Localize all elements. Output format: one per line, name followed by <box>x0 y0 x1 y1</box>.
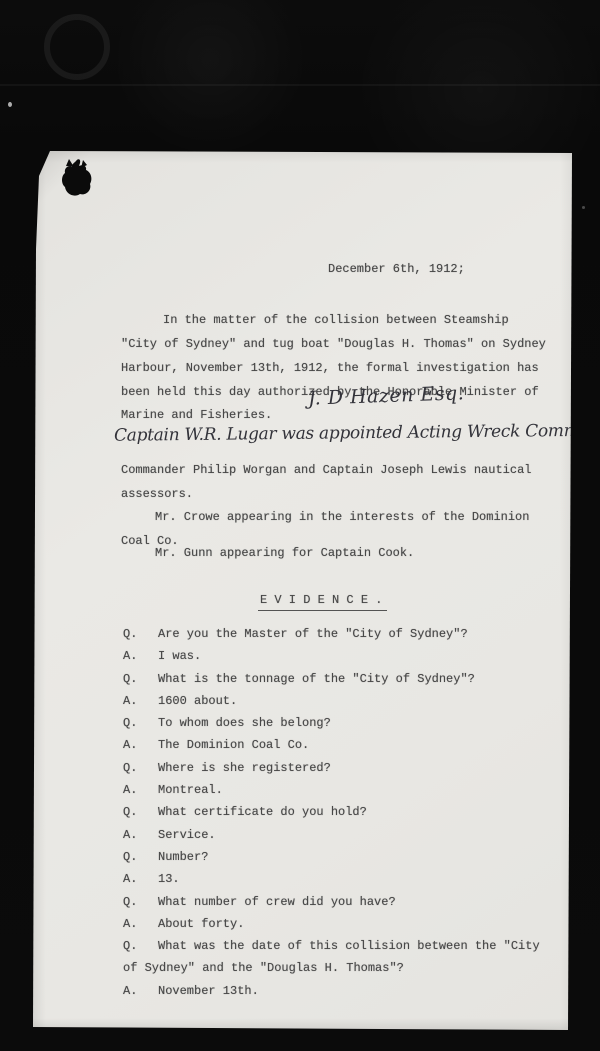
qa-text: of Sydney" and the "Douglas H. Thomas"? <box>123 961 404 975</box>
qa-label: Q. <box>123 801 158 823</box>
qa-label: A. <box>123 690 158 712</box>
qa-row: Q.Where is she registered? <box>123 757 573 779</box>
qa-row: Q.Number? <box>123 846 573 868</box>
qa-text: What certificate do you hold? <box>158 805 367 819</box>
qa-text: Service. <box>158 828 216 842</box>
qa-row: Q.Are you the Master of the "City of Syd… <box>123 623 573 645</box>
qa-row: Q.What is the tonnage of the "City of Sy… <box>123 668 573 690</box>
crowe-line: Mr. Crowe appearing in the interests of … <box>155 510 529 524</box>
dust-speck <box>8 102 12 107</box>
qa-text: What number of crew did you have? <box>158 895 396 909</box>
qa-row: A.Montreal. <box>123 779 573 801</box>
qa-row-continuation: of Sydney" and the "Douglas H. Thomas"? <box>123 957 573 979</box>
qa-row: A.Service. <box>123 824 573 846</box>
qa-label: Q. <box>123 935 158 957</box>
qa-row: Q.To whom does she belong? <box>123 712 573 734</box>
qa-label: A. <box>123 980 158 1002</box>
qa-row: A.13. <box>123 868 573 890</box>
assessors-line: assessors. <box>121 487 193 501</box>
evidence-qa-list: Q.Are you the Master of the "City of Syd… <box>123 623 573 1002</box>
qa-text: Number? <box>158 850 208 864</box>
assessors-line: Commander Philip Worgan and Captain Jose… <box>121 463 531 477</box>
qa-text: The Dominion Coal Co. <box>158 738 309 752</box>
qa-row: Q.What number of crew did you have? <box>123 891 573 913</box>
dust-speck <box>582 206 585 209</box>
handwritten-annotation: Captain W.R. Lugar was appointed Acting … <box>114 420 600 446</box>
reel-ring-mark <box>44 14 110 80</box>
intro-line: Harbour, November 13th, 1912, the formal… <box>121 361 539 375</box>
qa-label: Q. <box>123 623 158 645</box>
qa-label: Q. <box>123 668 158 690</box>
qa-label: A. <box>123 779 158 801</box>
qa-text: Are you the Master of the "City of Sydne… <box>158 627 468 641</box>
qa-text: What is the tonnage of the "City of Sydn… <box>158 672 475 686</box>
qa-text: I was. <box>158 649 201 663</box>
gunn-line: Mr. Gunn appearing for Captain Cook. <box>155 546 414 560</box>
qa-row: A.I was. <box>123 645 573 667</box>
qa-text: Where is she registered? <box>158 761 331 775</box>
evidence-heading: E V I D E N C E . <box>258 593 387 611</box>
qa-label: A. <box>123 824 158 846</box>
qa-label: A. <box>123 734 158 756</box>
qa-row: Q.What was the date of this collision be… <box>123 935 573 957</box>
qa-label: Q. <box>123 891 158 913</box>
intro-line: Marine and Fisheries. <box>121 408 272 422</box>
qa-row: A.The Dominion Coal Co. <box>123 734 573 756</box>
qa-text: 1600 about. <box>158 694 237 708</box>
qa-text: About forty. <box>158 917 244 931</box>
qa-label: A. <box>123 645 158 667</box>
document-page: December 6th, 1912; In the matter of the… <box>30 149 574 1030</box>
film-seam <box>0 84 600 86</box>
qa-label: Q. <box>123 757 158 779</box>
qa-label: Q. <box>123 712 158 734</box>
qa-row: A.1600 about. <box>123 690 573 712</box>
qa-row: A.About forty. <box>123 913 573 935</box>
ink-blot <box>56 157 100 209</box>
qa-text: Montreal. <box>158 783 223 797</box>
qa-label: A. <box>123 913 158 935</box>
qa-row: Q.What certificate do you hold? <box>123 801 573 823</box>
date-line: December 6th, 1912; <box>328 262 465 276</box>
qa-row: A.November 13th. <box>123 980 573 1002</box>
qa-text: What was the date of this collision betw… <box>158 939 540 953</box>
qa-label: Q. <box>123 846 158 868</box>
qa-label: A. <box>123 868 158 890</box>
handwritten-name: J. D Hazen Esq. <box>308 382 465 409</box>
qa-text: November 13th. <box>158 984 259 998</box>
qa-text: 13. <box>158 872 180 886</box>
qa-text: To whom does she belong? <box>158 716 331 730</box>
intro-line: In the matter of the collision between S… <box>163 313 509 327</box>
intro-line: "City of Sydney" and tug boat "Douglas H… <box>121 337 546 351</box>
